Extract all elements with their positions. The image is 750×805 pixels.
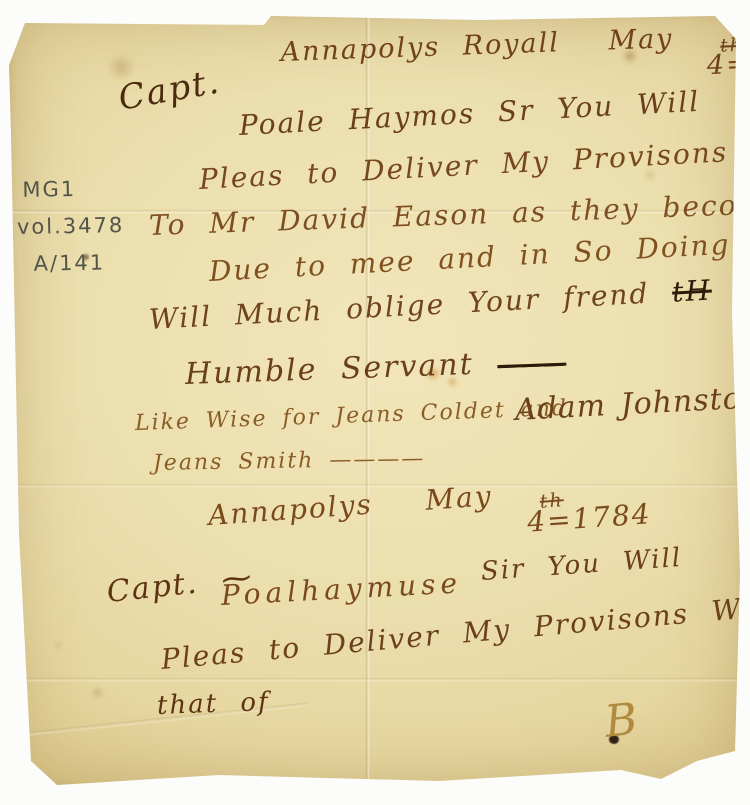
crossed-out-text: tH xyxy=(671,274,712,309)
dateline-day-number: 4=1784 xyxy=(707,51,750,78)
letter-line: that of xyxy=(156,687,270,721)
archive-reference-line: MG1 xyxy=(22,170,124,209)
stain xyxy=(53,641,62,649)
archive-reference-line: vol.3478 xyxy=(17,207,125,246)
scanned-manuscript-page: MG1 vol.3478 A/141 Annapolys Royall May … xyxy=(0,0,750,805)
paper-sheet: MG1 vol.3478 A/141 Annapolys Royall May … xyxy=(9,13,743,791)
postscript-line: Jeans Smith ———— xyxy=(153,446,426,476)
dateline-day-number: 4=1784 xyxy=(526,502,652,534)
archive-reference: MG1 vol.3478 A/141 xyxy=(22,170,125,283)
dateline-month: May xyxy=(608,23,674,56)
archive-reference-line: A/141 xyxy=(33,244,125,283)
crossed-out-text: ——— xyxy=(497,352,567,378)
dateline-day: the 4=1784 xyxy=(706,35,750,78)
dateline-day: th 4=1784 xyxy=(525,486,652,535)
stain xyxy=(91,687,104,698)
flourish-mark: B xyxy=(602,694,641,748)
dateline-month: May xyxy=(424,479,493,517)
